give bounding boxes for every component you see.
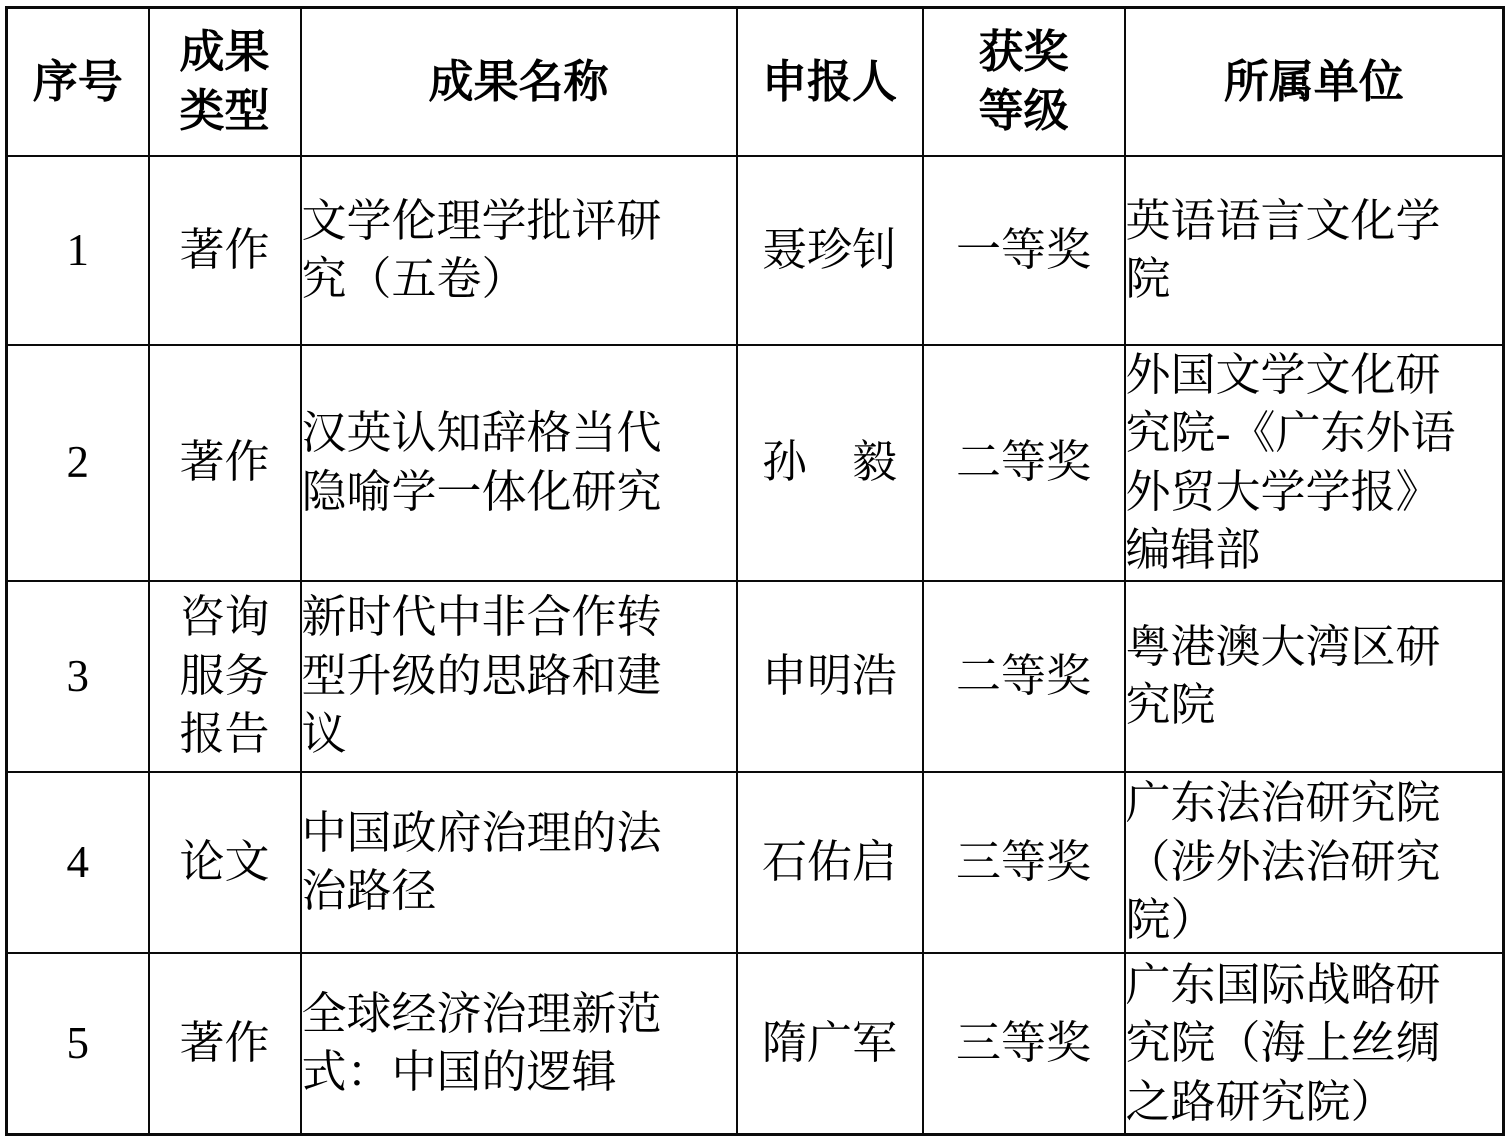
cell-applicant: 隋广军 (737, 953, 923, 1135)
header-serial-number: 序号 (7, 8, 149, 156)
table-row: 3 咨询 服务 报告 新时代中非合作转 型升级的思路和建 议 申明浩 二等奖 粤… (7, 581, 1504, 772)
table-row: 4 论文 中国政府治理的法 治路径 石佑启 三等奖 广东法治研究院 （涉外法治研… (7, 772, 1504, 953)
table-header-row: 序号 成果 类型 成果名称 申报人 获奖 等级 所属单位 (7, 8, 1504, 156)
cell-serial-number: 4 (7, 772, 149, 953)
document-page: 序号 成果 类型 成果名称 申报人 获奖 等级 所属单位 1 著作 文学伦理学批… (0, 0, 1508, 1136)
table-row: 1 著作 文学伦理学批评研 究（五卷） 聂珍钊 一等奖 英语语言文化学 院 (7, 156, 1504, 345)
cell-affiliated-unit: 广东法治研究院 （涉外法治研究 院） (1125, 772, 1504, 953)
header-achievement-name: 成果名称 (301, 8, 737, 156)
cell-affiliated-unit: 外国文学文化研 究院-《广东外语 外贸大学学报》 编辑部 (1125, 345, 1504, 581)
cell-serial-number: 2 (7, 345, 149, 581)
cell-award-level: 一等奖 (923, 156, 1125, 345)
cell-serial-number: 1 (7, 156, 149, 345)
cell-achievement-name: 全球经济治理新范 式：中国的逻辑 (301, 953, 737, 1135)
cell-award-level: 二等奖 (923, 345, 1125, 581)
cell-achievement-type: 著作 (149, 345, 301, 581)
cell-affiliated-unit: 英语语言文化学 院 (1125, 156, 1504, 345)
cell-achievement-type: 论文 (149, 772, 301, 953)
cell-achievement-name: 新时代中非合作转 型升级的思路和建 议 (301, 581, 737, 772)
cell-affiliated-unit: 粤港澳大湾区研 究院 (1125, 581, 1504, 772)
cell-achievement-type: 著作 (149, 156, 301, 345)
header-achievement-type: 成果 类型 (149, 8, 301, 156)
cell-achievement-type: 咨询 服务 报告 (149, 581, 301, 772)
cell-achievement-type: 著作 (149, 953, 301, 1135)
header-affiliated-unit: 所属单位 (1125, 8, 1504, 156)
cell-award-level: 二等奖 (923, 581, 1125, 772)
cell-affiliated-unit: 广东国际战略研 究院（海上丝绸 之路研究院） (1125, 953, 1504, 1135)
cell-achievement-name: 文学伦理学批评研 究（五卷） (301, 156, 737, 345)
header-award-level: 获奖 等级 (923, 8, 1125, 156)
cell-achievement-name: 汉英认知辞格当代 隐喻学一体化研究 (301, 345, 737, 581)
table-row: 5 著作 全球经济治理新范 式：中国的逻辑 隋广军 三等奖 广东国际战略研 究院… (7, 953, 1504, 1135)
cell-award-level: 三等奖 (923, 953, 1125, 1135)
cell-serial-number: 5 (7, 953, 149, 1135)
cell-serial-number: 3 (7, 581, 149, 772)
header-applicant: 申报人 (737, 8, 923, 156)
cell-applicant: 孙 毅 (737, 345, 923, 581)
table-row: 2 著作 汉英认知辞格当代 隐喻学一体化研究 孙 毅 二等奖 外国文学文化研 究… (7, 345, 1504, 581)
cell-applicant: 石佑启 (737, 772, 923, 953)
cell-award-level: 三等奖 (923, 772, 1125, 953)
cell-applicant: 申明浩 (737, 581, 923, 772)
awards-table: 序号 成果 类型 成果名称 申报人 获奖 等级 所属单位 1 著作 文学伦理学批… (5, 6, 1505, 1136)
cell-applicant: 聂珍钊 (737, 156, 923, 345)
cell-achievement-name: 中国政府治理的法 治路径 (301, 772, 737, 953)
